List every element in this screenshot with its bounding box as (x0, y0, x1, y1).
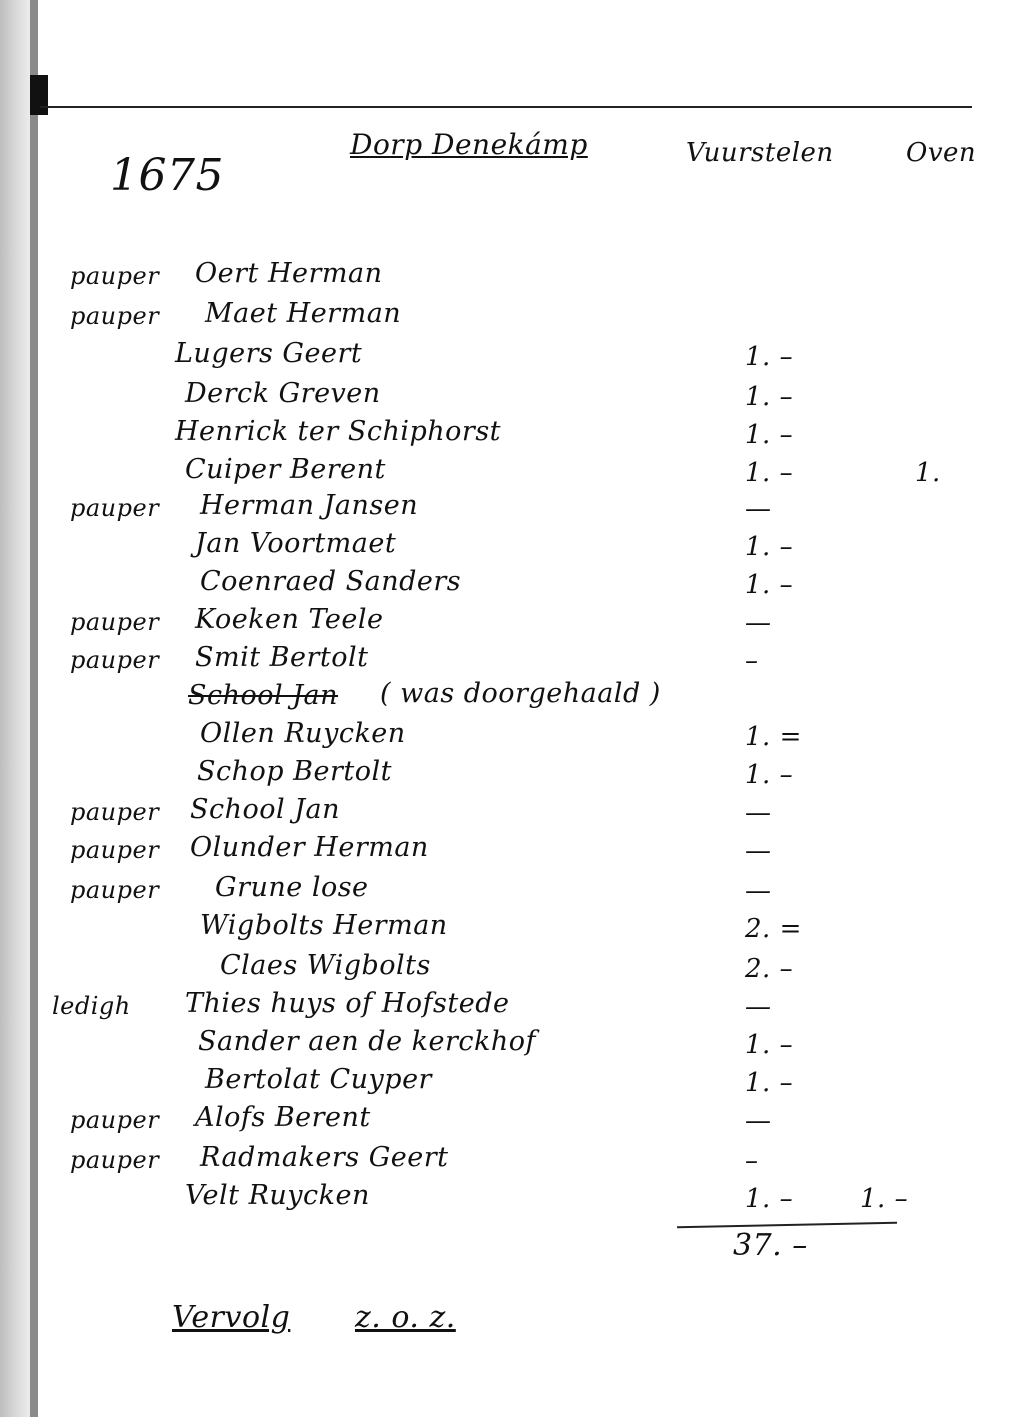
entry-fireplaces: — (745, 836, 772, 866)
entry-name: Alofs Berent (195, 1102, 371, 1133)
entry-name: Smit Bertolt (195, 642, 368, 673)
entry-fireplaces: — (745, 1106, 772, 1136)
entry-name: Herman Jansen (200, 490, 418, 521)
entry-name: Velt Ruycken (185, 1180, 370, 1211)
entry-ovens: 1. – (860, 1184, 908, 1214)
entry-fireplaces: 1. – (745, 1184, 793, 1214)
village-title: Dorp Denekámp (350, 128, 588, 161)
entry-status: pauper (70, 646, 159, 674)
table-row: pauperKoeken Teele— (0, 608, 1018, 648)
entry-name: School Jan (188, 680, 338, 711)
column-header-ovens: Oven (906, 138, 976, 168)
entry-name: Radmakers Geert (200, 1142, 449, 1173)
entry-fireplaces: 1. – (745, 1030, 793, 1060)
turn-over-label: z. o. z. (355, 1300, 456, 1335)
entry-fireplaces: — (745, 992, 772, 1022)
table-row: Derck Greven1. – (0, 382, 1018, 422)
entry-name: Claes Wigbolts (220, 950, 431, 981)
table-row: Jan Voortmaet1. – (0, 532, 1018, 572)
entry-fireplaces: – (745, 646, 759, 676)
entry-name: School Jan (190, 794, 340, 825)
table-row: Schop Bertolt1. – (0, 760, 1018, 800)
year-heading: 1675 (110, 150, 224, 201)
entry-status: pauper (70, 262, 159, 290)
entry-status: pauper (70, 836, 159, 864)
entry-status: pauper (70, 494, 159, 522)
table-row: Lugers Geert1. – (0, 342, 1018, 382)
entry-status: pauper (70, 608, 159, 636)
entry-name: Jan Voortmaet (195, 528, 396, 559)
entry-name: Wigbolts Herman (200, 910, 448, 941)
continued-label: Vervolg (172, 1300, 290, 1335)
table-row: Velt Ruycken1. –1. – (0, 1184, 1018, 1224)
table-row: pauperAlofs Berent— (0, 1106, 1018, 1146)
entry-fireplaces: 1. – (745, 382, 793, 412)
table-row: pauperOlunder Herman— (0, 836, 1018, 876)
table-row: pauperOert Herman (0, 262, 1018, 302)
table-row: Ollen Ruycken1. = (0, 722, 1018, 762)
entry-status: pauper (70, 302, 159, 330)
entry-fireplaces: — (745, 876, 772, 906)
entry-status: pauper (70, 876, 159, 904)
table-row: School Jan( was doorgehaald ) (0, 684, 1018, 724)
entry-name: Oert Herman (195, 258, 382, 289)
table-row: Wigbolts Herman2. = (0, 914, 1018, 954)
entry-fireplaces: 1. – (745, 760, 793, 790)
entry-name: Olunder Herman (190, 832, 429, 863)
entry-status: pauper (70, 1146, 159, 1174)
table-row: pauperRadmakers Geert– (0, 1146, 1018, 1186)
entry-status: pauper (70, 798, 159, 826)
entry-name: Lugers Geert (175, 338, 362, 369)
entry-fireplaces: 1. – (745, 532, 793, 562)
entry-name: Coenraed Sanders (200, 566, 461, 597)
entry-name: Ollen Ruycken (200, 718, 406, 749)
entry-fireplaces: 1. – (745, 1068, 793, 1098)
entry-fireplaces: – (745, 1146, 759, 1176)
column-header-fireplaces: Vuurstelen (686, 138, 834, 168)
entry-name: Bertolat Cuyper (205, 1064, 432, 1095)
entry-name: Derck Greven (185, 378, 381, 409)
entry-fireplaces: 1. – (745, 458, 793, 488)
entry-ovens: 1. (915, 458, 941, 488)
table-row: Bertolat Cuyper1. – (0, 1068, 1018, 1108)
table-row: Cuiper Berent1. –1. (0, 458, 1018, 498)
entry-status: ledigh (52, 992, 131, 1020)
entry-fireplaces: 2. – (745, 954, 793, 984)
table-row: pauperMaet Herman (0, 302, 1018, 342)
binding-mark (30, 75, 48, 115)
entry-fireplaces: 1. = (745, 722, 802, 752)
table-row: Henrick ter Schiphorst1. – (0, 420, 1018, 460)
entry-name: Schop Bertolt (197, 756, 392, 787)
entry-name: Grune lose (215, 872, 369, 903)
entry-name: Sander aen de kerckhof (198, 1026, 536, 1057)
entry-name: Henrick ter Schiphorst (175, 416, 501, 447)
table-row: Coenraed Sanders1. – (0, 570, 1018, 610)
table-row: Sander aen de kerckhof1. – (0, 1030, 1018, 1070)
table-row: pauperSchool Jan— (0, 798, 1018, 838)
entry-fireplaces: — (745, 608, 772, 638)
table-row: pauperGrune lose— (0, 876, 1018, 916)
entry-name: Koeken Teele (195, 604, 383, 635)
entry-fireplaces: 1. – (745, 570, 793, 600)
entry-fireplaces: 1. – (745, 342, 793, 372)
entry-note: ( was doorgehaald ) (380, 678, 661, 709)
entry-status: pauper (70, 1106, 159, 1134)
total-fireplaces: 37. – (733, 1228, 808, 1263)
entry-fireplaces: 2. = (745, 914, 802, 944)
table-row: pauperHerman Jansen— (0, 494, 1018, 534)
entry-fireplaces: — (745, 798, 772, 828)
entry-name: Thies huys of Hofstede (185, 988, 510, 1019)
entry-name: Maet Herman (205, 298, 401, 329)
header-rule (40, 106, 972, 108)
entry-fireplaces: 1. – (745, 420, 793, 450)
entry-fireplaces: — (745, 494, 772, 524)
entry-name: Cuiper Berent (185, 454, 386, 485)
